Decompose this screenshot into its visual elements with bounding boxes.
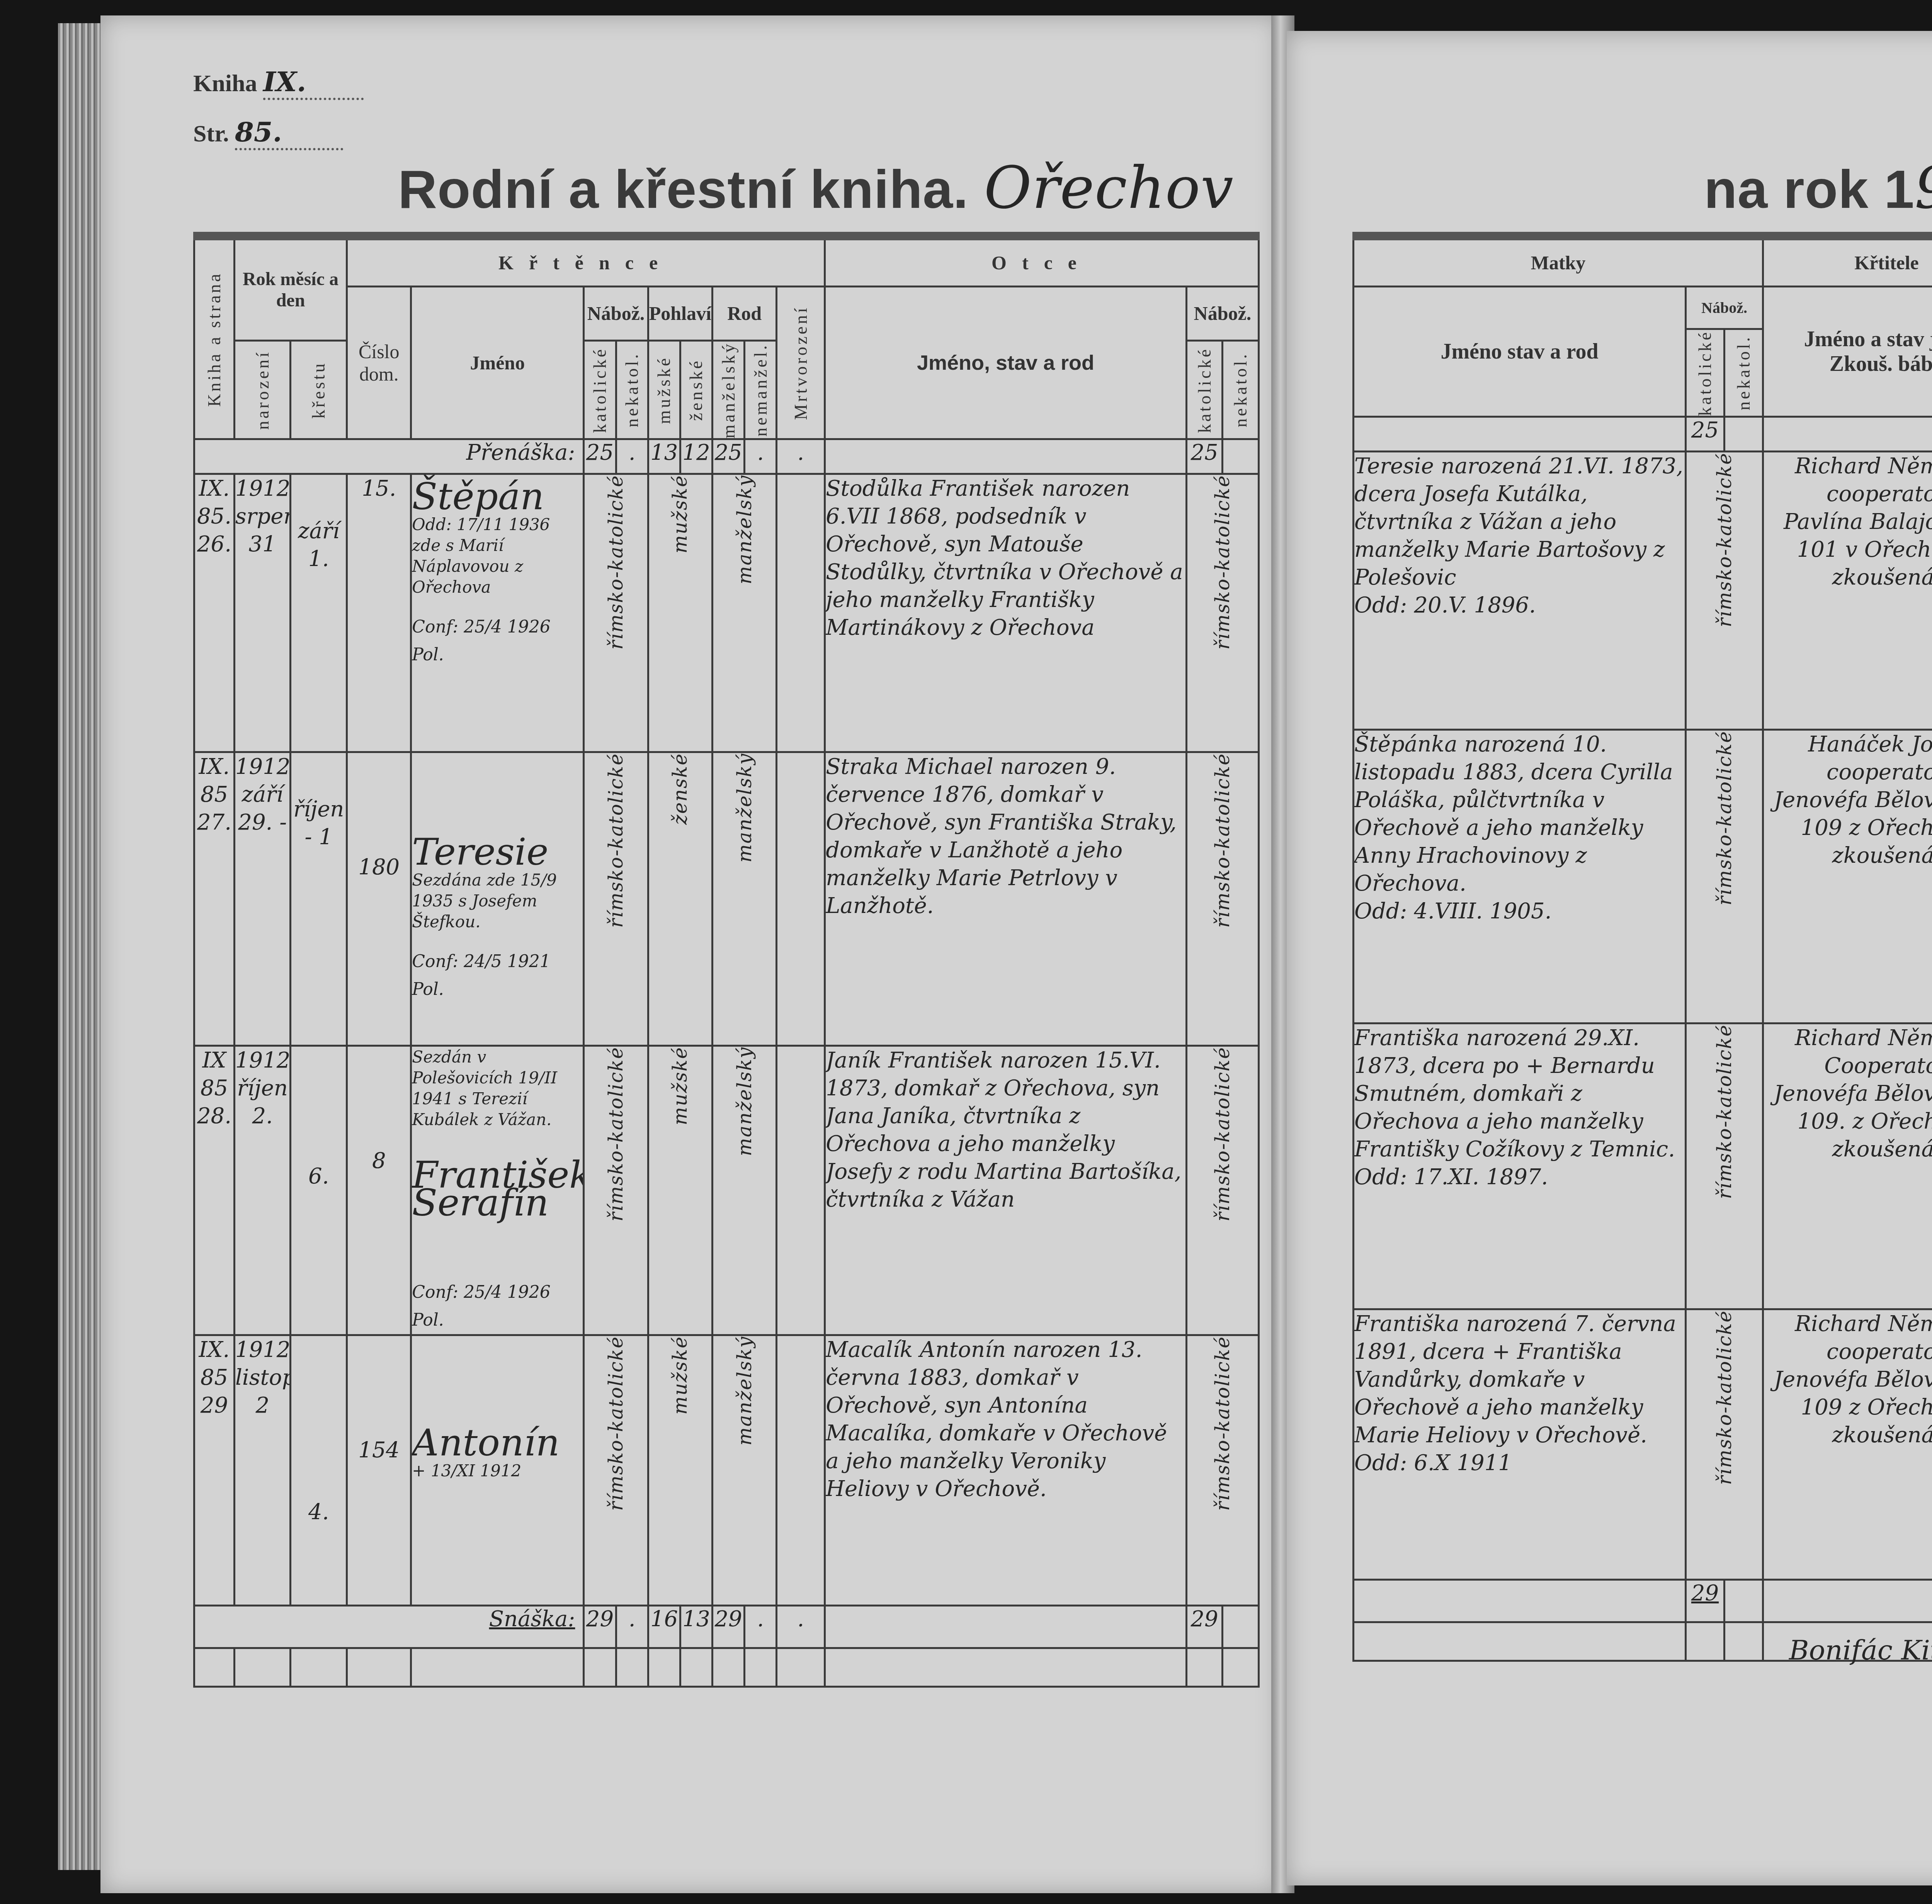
header-otce-naboz: Nábož.: [1186, 286, 1259, 340]
header-cislo-dom: Číslo dom.: [347, 286, 411, 439]
row-matka-naboz: římsko-katolické: [1713, 1024, 1736, 1199]
row-krtitel: Richard Němčák cooperatorJenovéfa Bělovs…: [1763, 1309, 1932, 1580]
header-mrtvorozeni: Mrtvorození: [791, 306, 811, 420]
carry-zenske: 12: [680, 439, 712, 474]
row-matka-naboz: římsko-katolické: [1713, 731, 1736, 905]
header-rok-mesic-den: Rok měsíc a den: [234, 236, 347, 340]
header-matky-nekatol: nekatol.: [1733, 335, 1754, 410]
row-jmeno: Antonín + 13/XI 1912: [411, 1335, 584, 1606]
header-otce-nekatol: nekatol.: [1230, 352, 1251, 427]
table-row: IX. 85 29 1912listopad 2 4. 154 Antonín …: [194, 1335, 1259, 1606]
total-matky-katolicke: 29: [1686, 1580, 1725, 1622]
row-krtitel: Richard Němčák cooperatorPavlína Balajov…: [1763, 452, 1932, 730]
left-page-title: Rodní a křestní kniha. Ořechov: [398, 155, 1234, 222]
right-register-table: Matky Křtitele Kmotrův Jméno stav a rod …: [1352, 232, 1932, 1662]
baptizer: Richard Němčák Cooperator: [1795, 1025, 1932, 1078]
carry-over-label: Přenáška:: [194, 439, 584, 474]
row-kniha-strana: IX. 85. 26.: [194, 474, 235, 752]
row-otec: Straka Michael narozen 9. července 1876,…: [825, 752, 1187, 1046]
mother-marriage-date: Odd: 4.VIII. 1905.: [1354, 899, 1551, 924]
row-narozeni: 1912říjen 2.: [234, 1046, 291, 1335]
midwife: Jenovéfa Bělovská č: 109 z Ořechova zkou…: [1774, 1367, 1932, 1448]
child-name: Štěpán: [412, 483, 583, 510]
header-zenske: ženské: [686, 359, 706, 421]
carry-nemanzel: .: [745, 439, 777, 474]
header-krtitele-jmeno: Jméno a stav jeho Zkouš. bába: [1763, 286, 1932, 417]
strana-field: Str. 85.: [193, 116, 343, 150]
row-rok: 1912: [235, 476, 291, 501]
strana-value: 85.: [235, 116, 343, 150]
right-page-title: na rok 1912.: [1704, 155, 1932, 222]
row-narozeni-date: listopad 2: [235, 1365, 291, 1418]
header-krtitele: Křtitele: [1763, 236, 1932, 286]
row-cislo-dom: 154: [347, 1335, 411, 1606]
header-muzske: mužské: [654, 356, 674, 424]
priest-signature: Bonifác Kittrich farář: [1789, 1634, 1932, 1666]
baptizer: Richard Němčák cooperator: [1795, 454, 1932, 507]
row-rod: manželský: [733, 753, 756, 863]
row-cislo-dom: 15.: [347, 474, 411, 752]
row-narozeni-date: září 29. -: [238, 782, 287, 835]
baptizer: Richard Němčák cooperator: [1795, 1311, 1932, 1364]
child-note: Odd: 17/11 1936 zde s Marií Náplavovou z…: [412, 514, 583, 598]
row-rod: manželský: [733, 475, 756, 585]
row-rod: manželský: [733, 1047, 756, 1156]
row-otec-naboz: římsko-katolické: [1211, 475, 1234, 649]
title-printed: na rok 1: [1704, 159, 1915, 219]
row-matka: Štěpánka narozená 10. listopadu 1883, dc…: [1354, 730, 1686, 1023]
marriage-note: Sezdán v Polešovicích 19/II 1941 s Terez…: [412, 1047, 583, 1130]
child-note: Sezdána zde 15/9 1935 s Josefem Štefkou.: [412, 870, 583, 932]
left-page: Kniha IX. Str. 85. Rodní a křestní kniha…: [100, 15, 1279, 1893]
mother-details: Teresie narozená 21.VI. 1873, dcera Jose…: [1354, 454, 1683, 590]
row-jmeno: Sezdán v Polešovicích 19/II 1941 s Terez…: [411, 1046, 584, 1335]
kniha-field: Kniha IX.: [193, 66, 364, 100]
row-otec: Stodůlka František narozen 6.VII 1868, p…: [825, 474, 1187, 752]
left-register-table: Kniha a strana Rok měsíc a den Křtěnce O…: [193, 232, 1260, 1688]
midwife: Jenovéfa Bělovská č: 109 z Ořechova zkou…: [1774, 787, 1932, 868]
total-nemanzel: .: [745, 1606, 777, 1648]
mother-details: Františka narozená 7. června 1891, dcera…: [1354, 1311, 1676, 1448]
mother-details: Štěpánka narozená 10. listopadu 1883, dc…: [1354, 732, 1673, 896]
child-name: Teresie: [412, 838, 583, 866]
header-matky: Matky: [1354, 236, 1763, 286]
row-pohlavi: ženské: [669, 753, 691, 825]
header-narozeni: narození: [252, 350, 273, 430]
row-krestu: 6.: [291, 1046, 347, 1335]
header-kniha-a-strana: Kniha a strana: [204, 272, 224, 407]
header-matky-jmeno: Jméno stav a rod: [1354, 286, 1686, 417]
row-krestu: 4.: [291, 1335, 347, 1606]
row-naboz: římsko-katolické: [605, 1047, 627, 1221]
table-row: IX. 85 27. 1912září 29. - říjen - 1 180 …: [194, 752, 1259, 1046]
row-cislo-dom: 8: [347, 1046, 411, 1335]
row-krestu: říjen - 1: [291, 752, 347, 1046]
open-register-book: Kniha IX. Str. 85. Rodní a křestní kniha…: [0, 0, 1932, 1904]
header-rod: Rod: [713, 286, 777, 340]
mother-details: Františka narozená 29.XI. 1873, dcera po…: [1354, 1025, 1675, 1162]
row-rok: 1912: [235, 1337, 291, 1362]
total-muzske: 16: [648, 1606, 680, 1648]
row-krestu: září 1.: [291, 474, 347, 752]
header-nemanzel: nemanžel.: [750, 343, 771, 437]
mother-marriage-date: Odd: 17.XI. 1897.: [1354, 1164, 1548, 1190]
total-katolicke: 29: [584, 1606, 616, 1648]
confirmation-note: Conf: 24/5 1921 Pol.: [412, 948, 583, 1003]
totals-label: Snáška:: [194, 1606, 584, 1648]
row-jmeno: Teresie Sezdána zde 15/9 1935 s Josefem …: [411, 752, 584, 1046]
total-otce-katolicke: 29: [1186, 1606, 1223, 1648]
row-rod: manželský: [733, 1336, 756, 1446]
header-katolicke: katolické: [590, 347, 610, 433]
table-row: IX 85 28. 1912říjen 2. 6. 8 Sezdán v Pol…: [194, 1046, 1259, 1335]
child-name: Antonín: [412, 1429, 583, 1457]
table-row: IX. 85. 26. 1912srpen 31 září 1. 15. Ště…: [194, 474, 1259, 752]
row-cislo-dom: 180: [347, 752, 411, 1046]
row-naboz: římsko-katolické: [605, 1336, 627, 1511]
table-row: Teresie narozená 21.VI. 1873, dcera Jose…: [1354, 452, 1932, 730]
confirmation-note: Conf: 25/4 1926 Pol.: [412, 613, 583, 669]
header-jmeno: Jméno: [411, 286, 584, 439]
year-handwritten: 912.: [1915, 155, 1932, 222]
row-naboz: římsko-katolické: [605, 475, 627, 649]
header-otce: Otce: [825, 236, 1259, 286]
child-name: František Serafín: [412, 1161, 583, 1217]
header-krestu: křestu: [308, 361, 329, 418]
row-narozeni: 1912srpen 31: [234, 474, 291, 752]
header-otce-jmeno: Jméno, stav a rod: [825, 286, 1187, 439]
row-matka: Františka narozená 7. června 1891, dcera…: [1354, 1309, 1686, 1580]
table-row: Františka narozená 29.XI. 1873, dcera po…: [1354, 1023, 1932, 1309]
carry-manzelsky: 25: [713, 439, 745, 474]
row-otec: Janík František narozen 15.VI. 1873, dom…: [825, 1046, 1187, 1335]
total-manzelsky: 29: [713, 1606, 745, 1648]
row-matka: Teresie narozená 21.VI. 1873, dcera Jose…: [1354, 452, 1686, 730]
row-kniha-strana: IX. 85 29: [194, 1335, 235, 1606]
row-otec-naboz: římsko-katolické: [1211, 1336, 1234, 1511]
kniha-label: Kniha: [193, 70, 257, 97]
carry-over-row: Přenáška: 25 . 13 12 25 . . 25: [194, 439, 1259, 474]
row-otec-naboz: římsko-katolické: [1211, 1047, 1234, 1221]
row-otec-naboz: římsko-katolické: [1211, 753, 1234, 928]
carry-mrtvorozeni: .: [777, 439, 825, 474]
total-nekatol: .: [616, 1606, 648, 1648]
carry-over-row: 25: [1354, 417, 1932, 452]
totals-row: 29: [1354, 1580, 1932, 1622]
total-zenske: 13: [680, 1606, 712, 1648]
row-otec: Macalík Antonín narozen 13. června 1883,…: [825, 1335, 1187, 1606]
totals-row: Snáška: 29 . 16 13 29 . . 29: [194, 1606, 1259, 1648]
row-rok: 1912: [235, 754, 291, 779]
row-pohlavi: mužské: [669, 1336, 691, 1415]
header-nekatol: nekatol.: [622, 352, 642, 427]
title-printed: Rodní a křestní kniha.: [398, 159, 969, 219]
total-mrtvorozeni: .: [777, 1606, 825, 1648]
header-manzelsky: manželský: [718, 342, 739, 439]
row-matka-naboz: římsko-katolické: [1713, 1310, 1736, 1485]
row-jmeno: Štěpán Odd: 17/11 1936 zde s Marií Nápla…: [411, 474, 584, 752]
row-pohlavi: mužské: [669, 1047, 691, 1125]
midwife: Jenovéfa Bělovská č: 109. z Ořechova zko…: [1774, 1081, 1932, 1162]
row-narozeni: 1912září 29. -: [234, 752, 291, 1046]
table-row: Františka narozená 7. června 1891, dcera…: [1354, 1309, 1932, 1580]
carry-matky-katolicke: 25: [1686, 417, 1725, 452]
strana-label: Str.: [193, 121, 229, 147]
header-pohlavi: Pohlaví: [648, 286, 712, 340]
header-krtence: Křtěnce: [347, 236, 825, 286]
mother-marriage-date: Odd: 20.V. 1896.: [1354, 593, 1536, 618]
header-otce-katolicke: katolické: [1194, 347, 1215, 433]
baptizer: Hanáček Josef cooperator: [1808, 732, 1932, 785]
mother-marriage-date: Odd: 6.X 1911: [1354, 1450, 1512, 1476]
header-naboz: Nábož.: [584, 286, 648, 340]
carry-nekatol: .: [616, 439, 648, 474]
header-matky-katolicke: katolické: [1695, 330, 1715, 416]
carry-katolicke: 25: [584, 439, 616, 474]
row-narozeni-date: říjen 2.: [237, 1076, 288, 1129]
row-naboz: římsko-katolické: [605, 753, 627, 928]
row-matka: Františka narozená 29.XI. 1873, dcera po…: [1354, 1023, 1686, 1309]
right-page: na rok 1912. Matky Křtitele Kmotrův Jmén…: [1287, 31, 1932, 1885]
table-row: Štěpánka narozená 10. listopadu 1883, dc…: [1354, 730, 1932, 1023]
midwife: Pavlína Balajová č: 101 v Ořechově, zkou…: [1784, 509, 1932, 590]
row-narozeni: 1912listopad 2: [234, 1335, 291, 1606]
row-kniha-strana: IX 85 28.: [194, 1046, 235, 1335]
header-matky-naboz: Nábož.: [1686, 286, 1763, 329]
kniha-value: IX.: [263, 66, 364, 100]
carry-otce-katolicke: 25: [1186, 439, 1223, 474]
carry-muzske: 13: [648, 439, 680, 474]
parish-name: Ořechov: [984, 155, 1234, 222]
row-matka-naboz: římsko-katolické: [1713, 452, 1736, 627]
confirmation-note: Conf: 25/4 1926 Pol.: [412, 1278, 583, 1334]
row-narozeni-date: srpen 31: [235, 504, 291, 557]
row-kniha-strana: IX. 85 27.: [194, 752, 235, 1046]
row-rok: 1912: [235, 1048, 291, 1073]
row-krtitel: Richard Němčák CooperatorJenovéfa Bělovs…: [1763, 1023, 1932, 1309]
row-pohlavi: mužské: [669, 475, 691, 554]
row-krtitel: Hanáček Josef cooperatorJenovéfa Bělovsk…: [1763, 730, 1932, 1023]
